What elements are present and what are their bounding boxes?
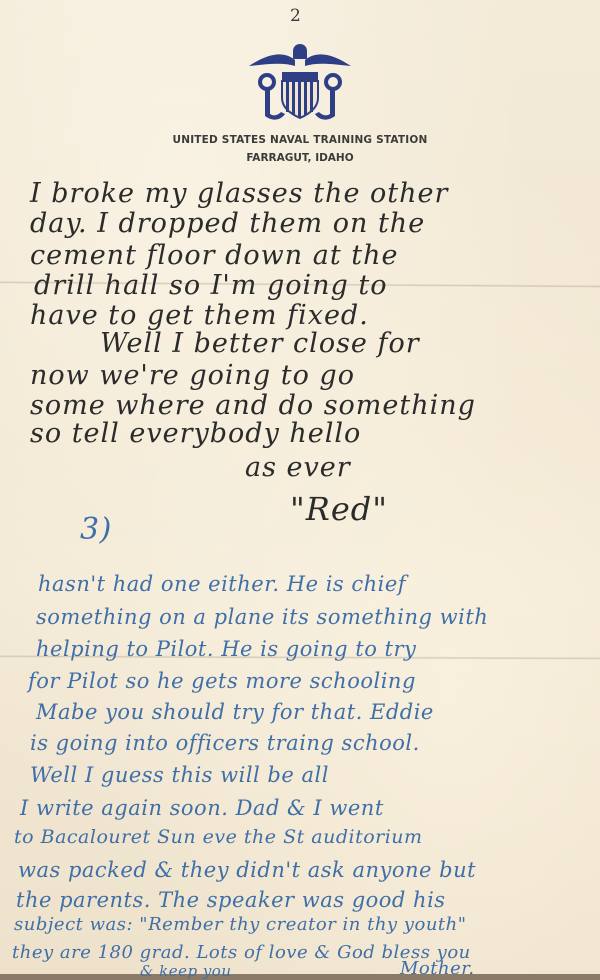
mother-letter-signature: Mother. <box>400 958 475 979</box>
mother-letter-line: hasn't had one either. He is chief <box>38 572 406 596</box>
mother-letter-line: Well I guess this will be all <box>30 763 329 787</box>
mother-letter-page-marker: 3) <box>80 512 112 547</box>
red-letter-line: some where and do something <box>30 390 476 421</box>
red-letter-line: drill hall so I'm going to <box>34 270 388 301</box>
page-bottom-edge <box>0 974 600 980</box>
red-letter-line: now we're going to go <box>30 360 355 391</box>
navy-eagle-anchor-emblem-icon <box>247 36 353 126</box>
mother-letter-line: for Pilot so he gets more schooling <box>28 669 416 693</box>
mother-letter-line: something on a plane its something with <box>36 605 488 629</box>
red-letter-line: so tell everybody hello <box>30 418 361 449</box>
red-letter-line: cement floor down at the <box>30 240 399 271</box>
mother-letter-line: is going into officers traing school. <box>30 731 420 755</box>
letterhead-organization: UNITED STATES NAVAL TRAINING STATION <box>0 134 600 146</box>
letter-page: 2 UNITED STATES NAVAL TRAINING STATION F… <box>0 0 600 980</box>
mother-letter-line: was packed & they didn't ask anyone but <box>18 858 476 882</box>
page-number: 2 <box>290 6 301 26</box>
red-letter-line: have to get them fixed. <box>30 300 369 331</box>
mother-letter-line: I write again soon. Dad & I went <box>20 796 384 820</box>
mother-letter-line: helping to Pilot. He is going to try <box>36 637 416 661</box>
letterhead-location: FARRAGUT, IDAHO <box>0 152 600 164</box>
red-letter-line: I broke my glasses the other <box>30 178 448 209</box>
mother-letter-line: & keep you <box>140 962 232 980</box>
red-letter-closing: as ever <box>245 452 351 483</box>
mother-letter-line: to Bacalouret Sun eve the St auditorium <box>14 826 423 848</box>
red-letter-line: day. I dropped them on the <box>30 208 425 239</box>
mother-letter-line: subject was: "Rember thy creator in thy … <box>14 914 467 935</box>
mother-letter-line: Mabe you should try for that. Eddie <box>36 700 434 724</box>
red-letter-line: Well I better close for <box>100 328 420 359</box>
mother-letter-line: the parents. The speaker was good his <box>16 888 446 912</box>
red-letter-signature: "Red" <box>290 490 388 528</box>
